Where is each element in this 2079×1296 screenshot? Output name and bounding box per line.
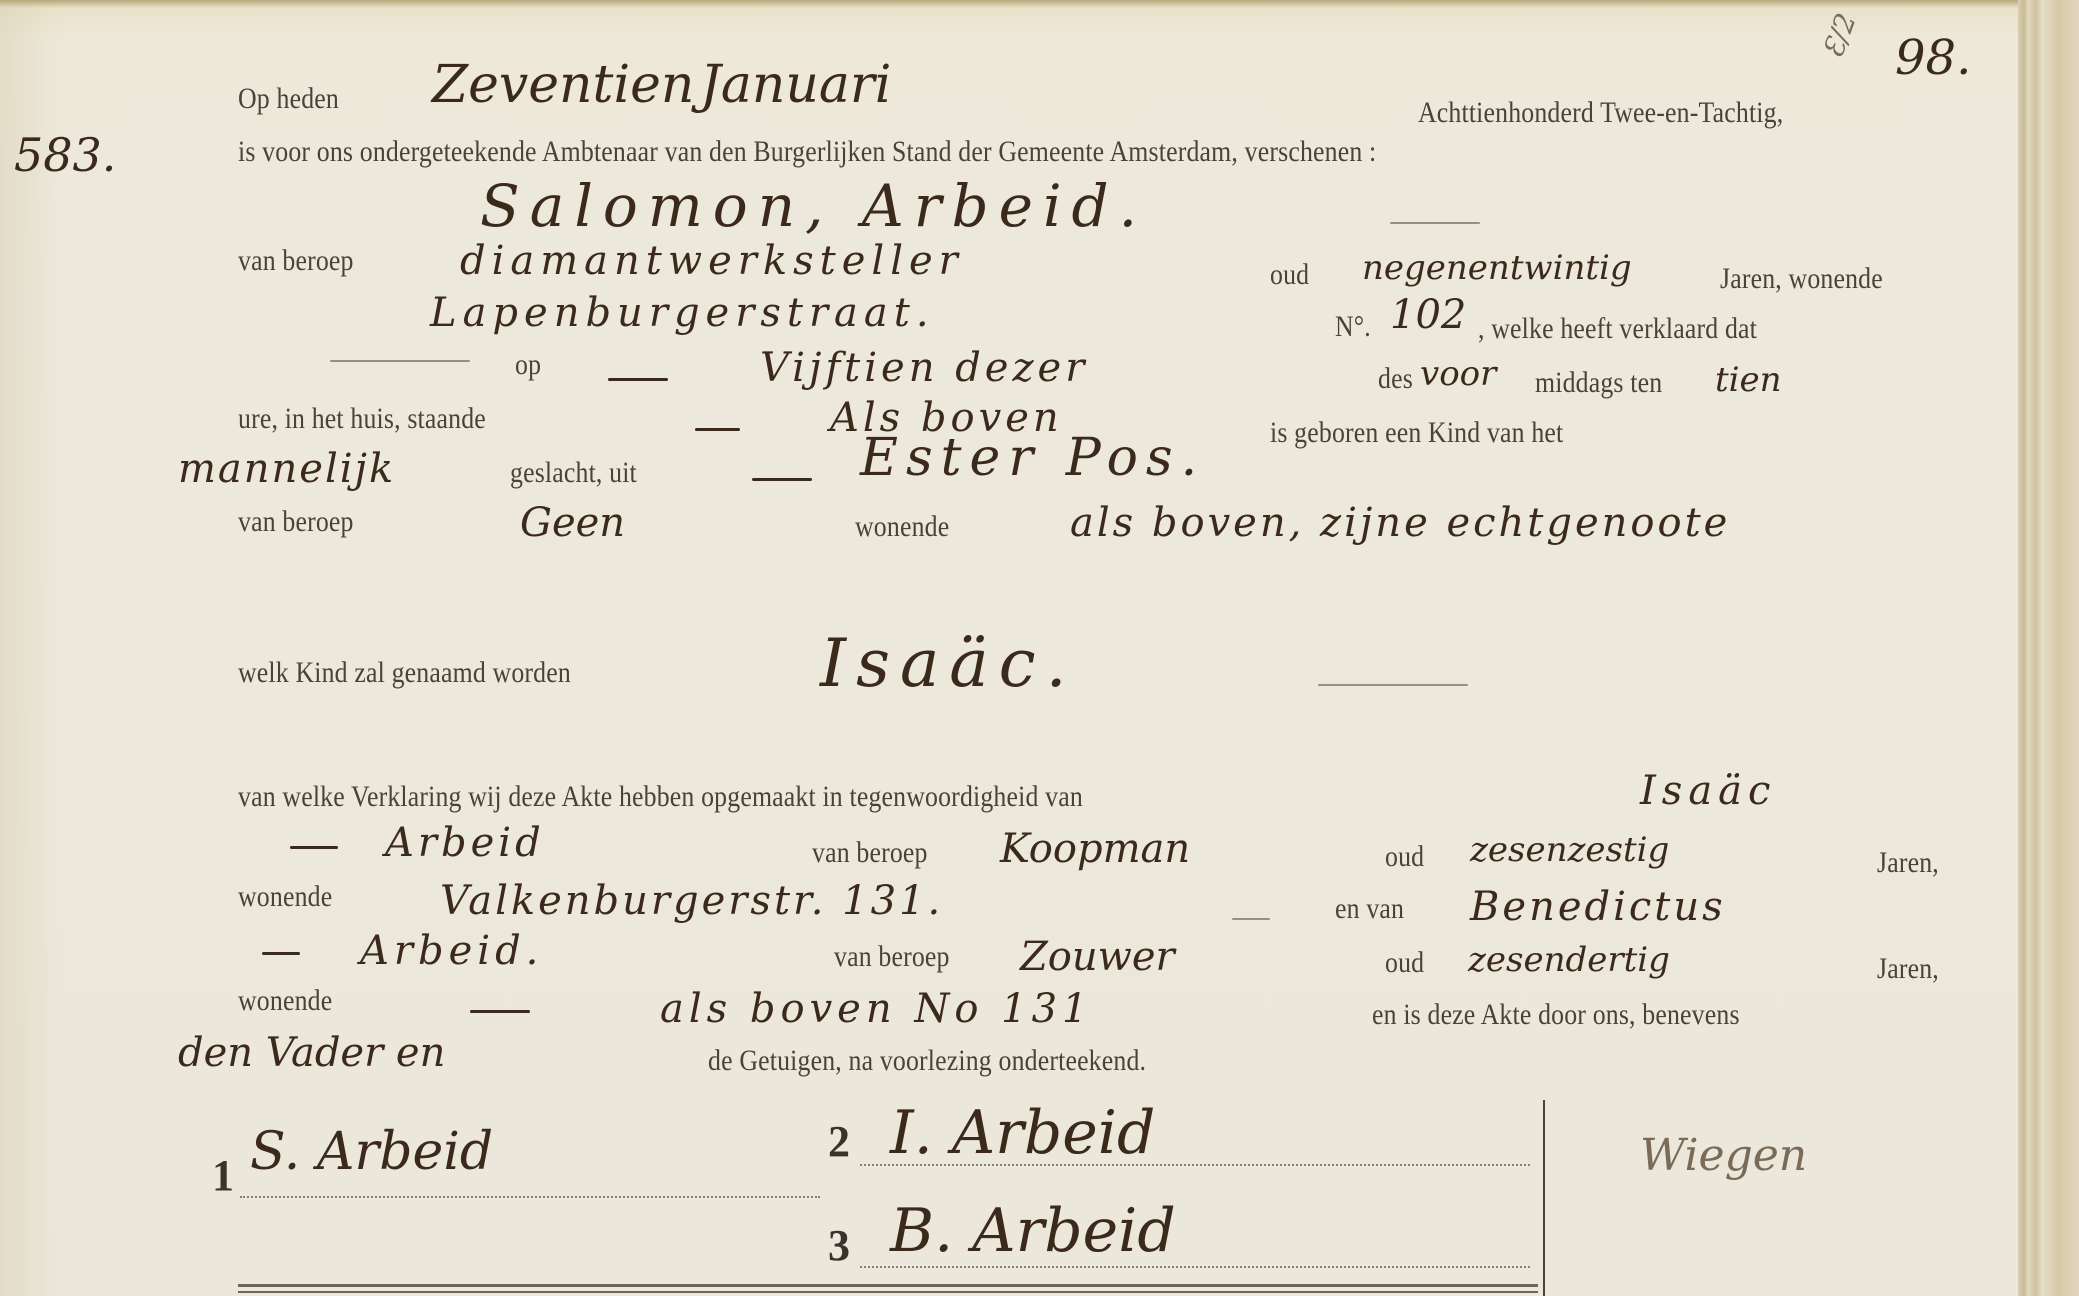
label-op: op (515, 348, 541, 382)
witness2-address: als boven No 131 (660, 986, 1092, 1032)
house-number: 102 (1390, 292, 1466, 338)
birth-hour: tien (1715, 360, 1782, 400)
label-van-beroep-2: van beroep (238, 505, 354, 539)
filler-dash (695, 428, 740, 431)
mother-occupation: Geen (520, 500, 625, 546)
child-sex: mannelijk (178, 446, 395, 492)
ante-meridiem: voor (1420, 354, 1496, 394)
filler-dash (330, 360, 470, 362)
child-name: Isaäc. (820, 625, 1077, 702)
entry-number: 583. (14, 128, 116, 182)
label-middags-ten: middags ten (1535, 366, 1662, 400)
label-welk-kind: welk Kind zal genaamd worden (238, 656, 571, 690)
father-name: Salomon, Arbeid. (480, 172, 1147, 240)
signature-line-3 (860, 1266, 1530, 1268)
label-getuigen: de Getuigen, na voorlezing onderteekend. (708, 1044, 1146, 1078)
label-jaren-2: Jaren, (1877, 952, 1939, 986)
filler-dash (752, 478, 812, 481)
label-geslacht-uit: geslacht, uit (510, 456, 637, 490)
label-des: des (1378, 362, 1413, 396)
witness1-age: zesenzestig (1470, 830, 1669, 870)
label-en-is-deze: en is deze Akte door ons, benevens (1372, 998, 1740, 1032)
father-occupation: diamantwerksteller (460, 238, 964, 284)
label-year: Achttienhonderd Twee-en-Tachtig, (1418, 96, 1783, 130)
label-oud-3: oud (1385, 946, 1424, 980)
label-is-geboren: is geboren een Kind van het (1270, 416, 1563, 450)
label-wonende-1: wonende (855, 510, 949, 544)
signature-witness1: I. Arbeid (890, 1098, 1155, 1168)
label-jaren-1: Jaren, (1877, 846, 1939, 880)
label-wonende-2: wonende (238, 880, 332, 914)
bottom-rule (238, 1284, 1538, 1287)
signature-number-2: 2 (828, 1116, 850, 1167)
label-jaren-wonende: Jaren, wonende (1720, 262, 1883, 296)
witness2-first-name: Benedictus (1470, 884, 1726, 930)
filler-dash (262, 952, 300, 955)
page-top-edge (0, 0, 2079, 8)
witness2-occupation: Zouwer (1020, 934, 1175, 980)
witness2-last-name: Arbeid. (360, 928, 543, 974)
label-verschenen: is voor ons ondergeteekende Ambtenaar va… (238, 135, 1376, 169)
birth-day: Vijftien dezer (760, 345, 1088, 391)
mother-residence: als boven, zijne echtgenoote (1070, 500, 1730, 546)
witness1-address: Valkenburgerstr. 131. (440, 878, 943, 924)
signature-number-3: 3 (828, 1220, 850, 1271)
label-wonende-3: wonende (238, 984, 332, 1018)
filler-dash (608, 378, 668, 381)
filler-dash (1318, 684, 1468, 686)
label-van-beroep-3: van beroep (812, 836, 928, 870)
label-oud-1: oud (1270, 258, 1309, 292)
signature-witness2: B. Arbeid (890, 1196, 1176, 1266)
filler-dash (1390, 222, 1480, 224)
den-vader: den Vader en (178, 1030, 445, 1076)
date-day: Zeventien (432, 55, 694, 115)
witness1-first-name: Isaäc (1640, 768, 1776, 814)
label-welke-heeft: , welke heeft verklaard dat (1478, 312, 1757, 346)
father-age: negenentwintig (1362, 248, 1632, 288)
witness2-age: zesendertig (1468, 940, 1670, 980)
witness1-last-name: Arbeid (385, 820, 545, 866)
label-oud-2: oud (1385, 840, 1424, 874)
official-signature: Wiegen (1640, 1130, 1807, 1181)
label-van-beroep-4: van beroep (834, 940, 950, 974)
label-nr: N°. (1335, 310, 1371, 344)
label-verklaring: van welke Verklaring wij deze Akte hebbe… (238, 780, 1083, 814)
signature-number-1: 1 (212, 1150, 234, 1201)
label-en-van: en van (1335, 892, 1404, 926)
witness1-occupation: Koopman (1000, 826, 1190, 872)
bottom-rule-2 (238, 1291, 1538, 1293)
date-month: Januari (700, 55, 891, 115)
mother-name: Ester Pos. (860, 428, 1205, 488)
signature-line-2 (860, 1164, 1530, 1166)
label-op-heden: Op heden (238, 82, 339, 116)
book-spine (2018, 0, 2079, 1296)
filler-dash (1232, 918, 1270, 920)
label-ure-huis: ure, in het huis, staande (238, 402, 486, 436)
signature-father: S. Arbeid (250, 1122, 493, 1182)
signature-line-1 (240, 1196, 820, 1198)
signature-brace (1543, 1100, 1545, 1296)
filler-dash (470, 1010, 530, 1013)
label-van-beroep-1: van beroep (238, 244, 354, 278)
father-street: Lapenburgerstraat. (430, 290, 935, 336)
page-number: 98. (1895, 30, 1971, 86)
filler-dash (290, 846, 338, 849)
